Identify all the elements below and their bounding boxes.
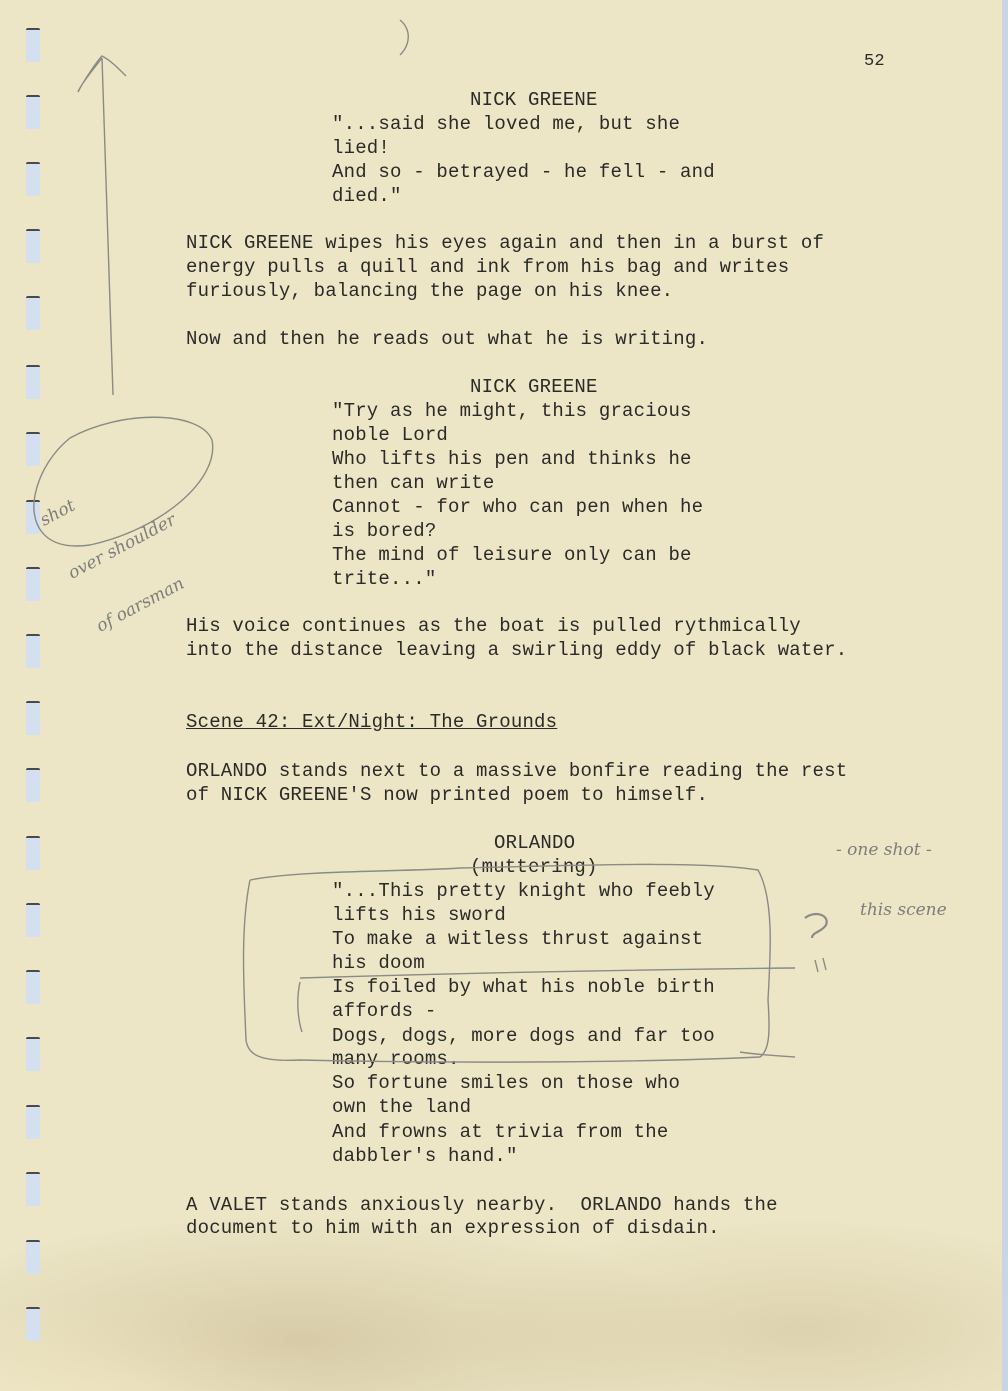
- poem-bracket: [244, 864, 771, 1062]
- note-line: shot: [37, 457, 151, 530]
- note-line: this scene: [836, 900, 947, 920]
- pencil-marks: [0, 0, 1008, 1391]
- note-line: - one shot -: [836, 840, 947, 860]
- note-line: over shoulder: [65, 510, 179, 583]
- arrow-up-icon: [102, 58, 113, 395]
- margin-note-right: - one shot - this scene: [836, 800, 947, 940]
